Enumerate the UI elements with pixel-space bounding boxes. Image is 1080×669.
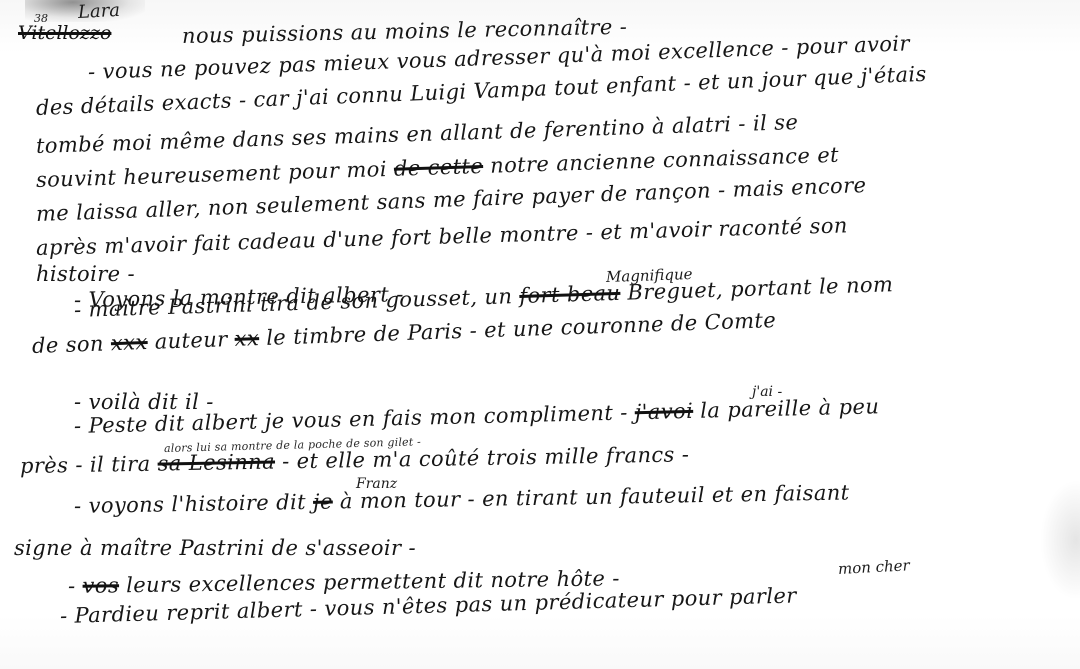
- struck-word: fort beau: [519, 281, 621, 308]
- paper-shadow: [1040, 480, 1080, 600]
- manuscript-page: 38 Vitellozzo Lara nous puissions au moi…: [0, 0, 1080, 669]
- struck-word: j'avoi: [634, 399, 693, 424]
- struck-word: xx: [234, 326, 259, 351]
- insertion-mon-cher: mon cher: [838, 556, 911, 578]
- struck-word: je: [313, 489, 333, 513]
- manuscript-line-14: près - il tira sa Lesinna - et elle m'a …: [20, 442, 690, 478]
- manuscript-line-8: histoire -: [36, 262, 135, 286]
- manuscript-line-16: signe à maître Pastrini de s'asseoir -: [14, 536, 416, 560]
- struck-word: sa Lesinna: [157, 450, 275, 476]
- insertion-lara: Lara: [77, 0, 120, 23]
- struck-word: vos: [82, 573, 119, 598]
- struck-word: de cette: [394, 154, 484, 181]
- struck-word: xxx: [111, 330, 149, 355]
- struck-word: Vitellozzo: [18, 22, 111, 44]
- manuscript-line-15: - voyons l'histoire dit je à mon tour - …: [74, 480, 850, 518]
- margin-correction: Vitellozzo: [18, 22, 111, 44]
